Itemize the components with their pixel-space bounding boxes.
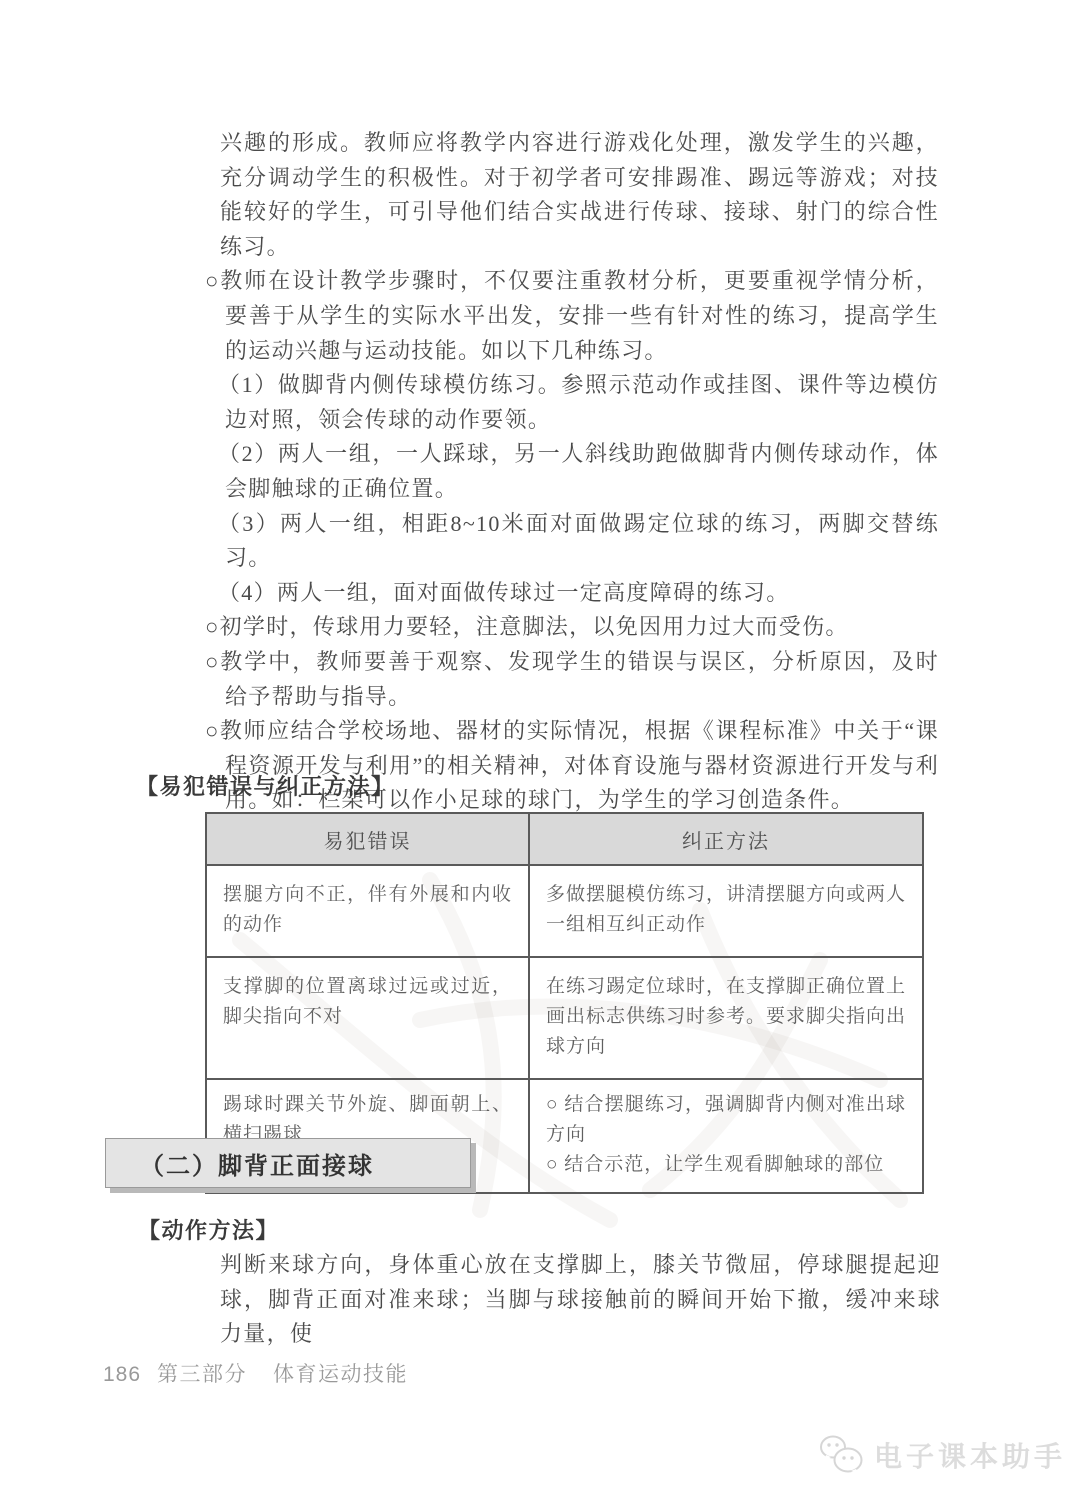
footer-part-title: 体育运动技能 [273,1358,408,1388]
errors-table: 易犯错误 纠正方法 摆腿方向不正，伴有外展和内收的动作 多做摆腿模仿练习，讲清摆… [205,812,924,1194]
paragraph-bullet: ○教师应结合学校场地、器材的实际情况，根据《课程标准》中关于“课程资源开发与利用… [205,714,939,818]
page-number: 186 [103,1363,141,1387]
wechat-icon [818,1434,866,1476]
brand-watermark: 电子课本助手 [818,1434,1066,1476]
error-cell: 摆腿方向不正，伴有外展和内收的动作 [206,865,529,957]
paragraph-bullet: ○教师在设计教学步骤时，不仅要注重教材分析，更要重视学情分析，要善于从学生的实际… [205,264,939,368]
errors-section-header: 【易犯错误与纠正方法】 [136,770,395,801]
table-row: 摆腿方向不正，伴有外展和内收的动作 多做摆腿模仿练习，讲清摆腿方向或两人一组相互… [206,865,923,957]
paragraph-numbered-3: （3）两人一组，相距8~10米面对面做踢定位球的练习，两脚交替练习。 [205,507,939,576]
main-text-block: 兴趣的形成。教师应将教学内容进行游戏化处理，激发学生的兴趣，充分调动学生的积极性… [205,126,939,818]
paragraph-continuation: 兴趣的形成。教师应将教学内容进行游戏化处理，激发学生的兴趣，充分调动学生的积极性… [205,126,939,264]
column-header-error: 易犯错误 [206,813,529,865]
correction-cell: ○ 结合摆腿练习，强调脚背内侧对准出球方向 ○ 结合示范，让学生观看脚触球的部位 [529,1079,923,1193]
method-paragraph: 判断来球方向，身体重心放在支撑脚上，膝关节微屈，停球腿提起迎球，脚背正面对准来球… [205,1248,941,1352]
footer-part-label: 第三部分 [157,1358,247,1388]
paragraph-numbered-2: （2）两人一组，一人踩球，另一人斜线助跑做脚背内侧传球动作，体会脚触球的正确位置… [205,437,939,506]
correction-cell: 在练习踢定位球时，在支撑脚正确位置上画出标志供练习时参考。要求脚尖指向出球方向 [529,957,923,1079]
method-section-header: 【动作方法】 [138,1214,279,1245]
section-title: （二）脚背正面接球 [140,1146,374,1181]
error-cell: 支撑脚的位置离球过远或过近，脚尖指向不对 [206,957,529,1079]
paragraph-bullet: ○教学中，教师要善于观察、发现学生的错误与误区，分析原因，及时给予帮助与指导。 [205,645,939,714]
page-footer: 186 第三部分 体育运动技能 [103,1358,408,1388]
brand-watermark-label: 电子课本助手 [874,1435,1066,1475]
section-title-box: （二）脚背正面接球 [105,1138,471,1188]
paragraph-bullet: ○初学时，传球用力要轻，注意脚法，以免因用力过大而受伤。 [205,610,939,645]
correction-cell: 多做摆腿模仿练习，讲清摆腿方向或两人一组相互纠正动作 [529,865,923,957]
table-row: 支撑脚的位置离球过远或过近，脚尖指向不对 在练习踢定位球时，在支撑脚正确位置上画… [206,957,923,1079]
table-header-row: 易犯错误 纠正方法 [206,813,923,865]
paragraph-numbered-4: （4）两人一组，面对面做传球过一定高度障碍的练习。 [205,576,939,611]
column-header-correction: 纠正方法 [529,813,923,865]
paragraph-numbered-1: （1）做脚背内侧传球模仿练习。参照示范动作或挂图、课件等边模仿边对照，领会传球的… [205,368,939,437]
